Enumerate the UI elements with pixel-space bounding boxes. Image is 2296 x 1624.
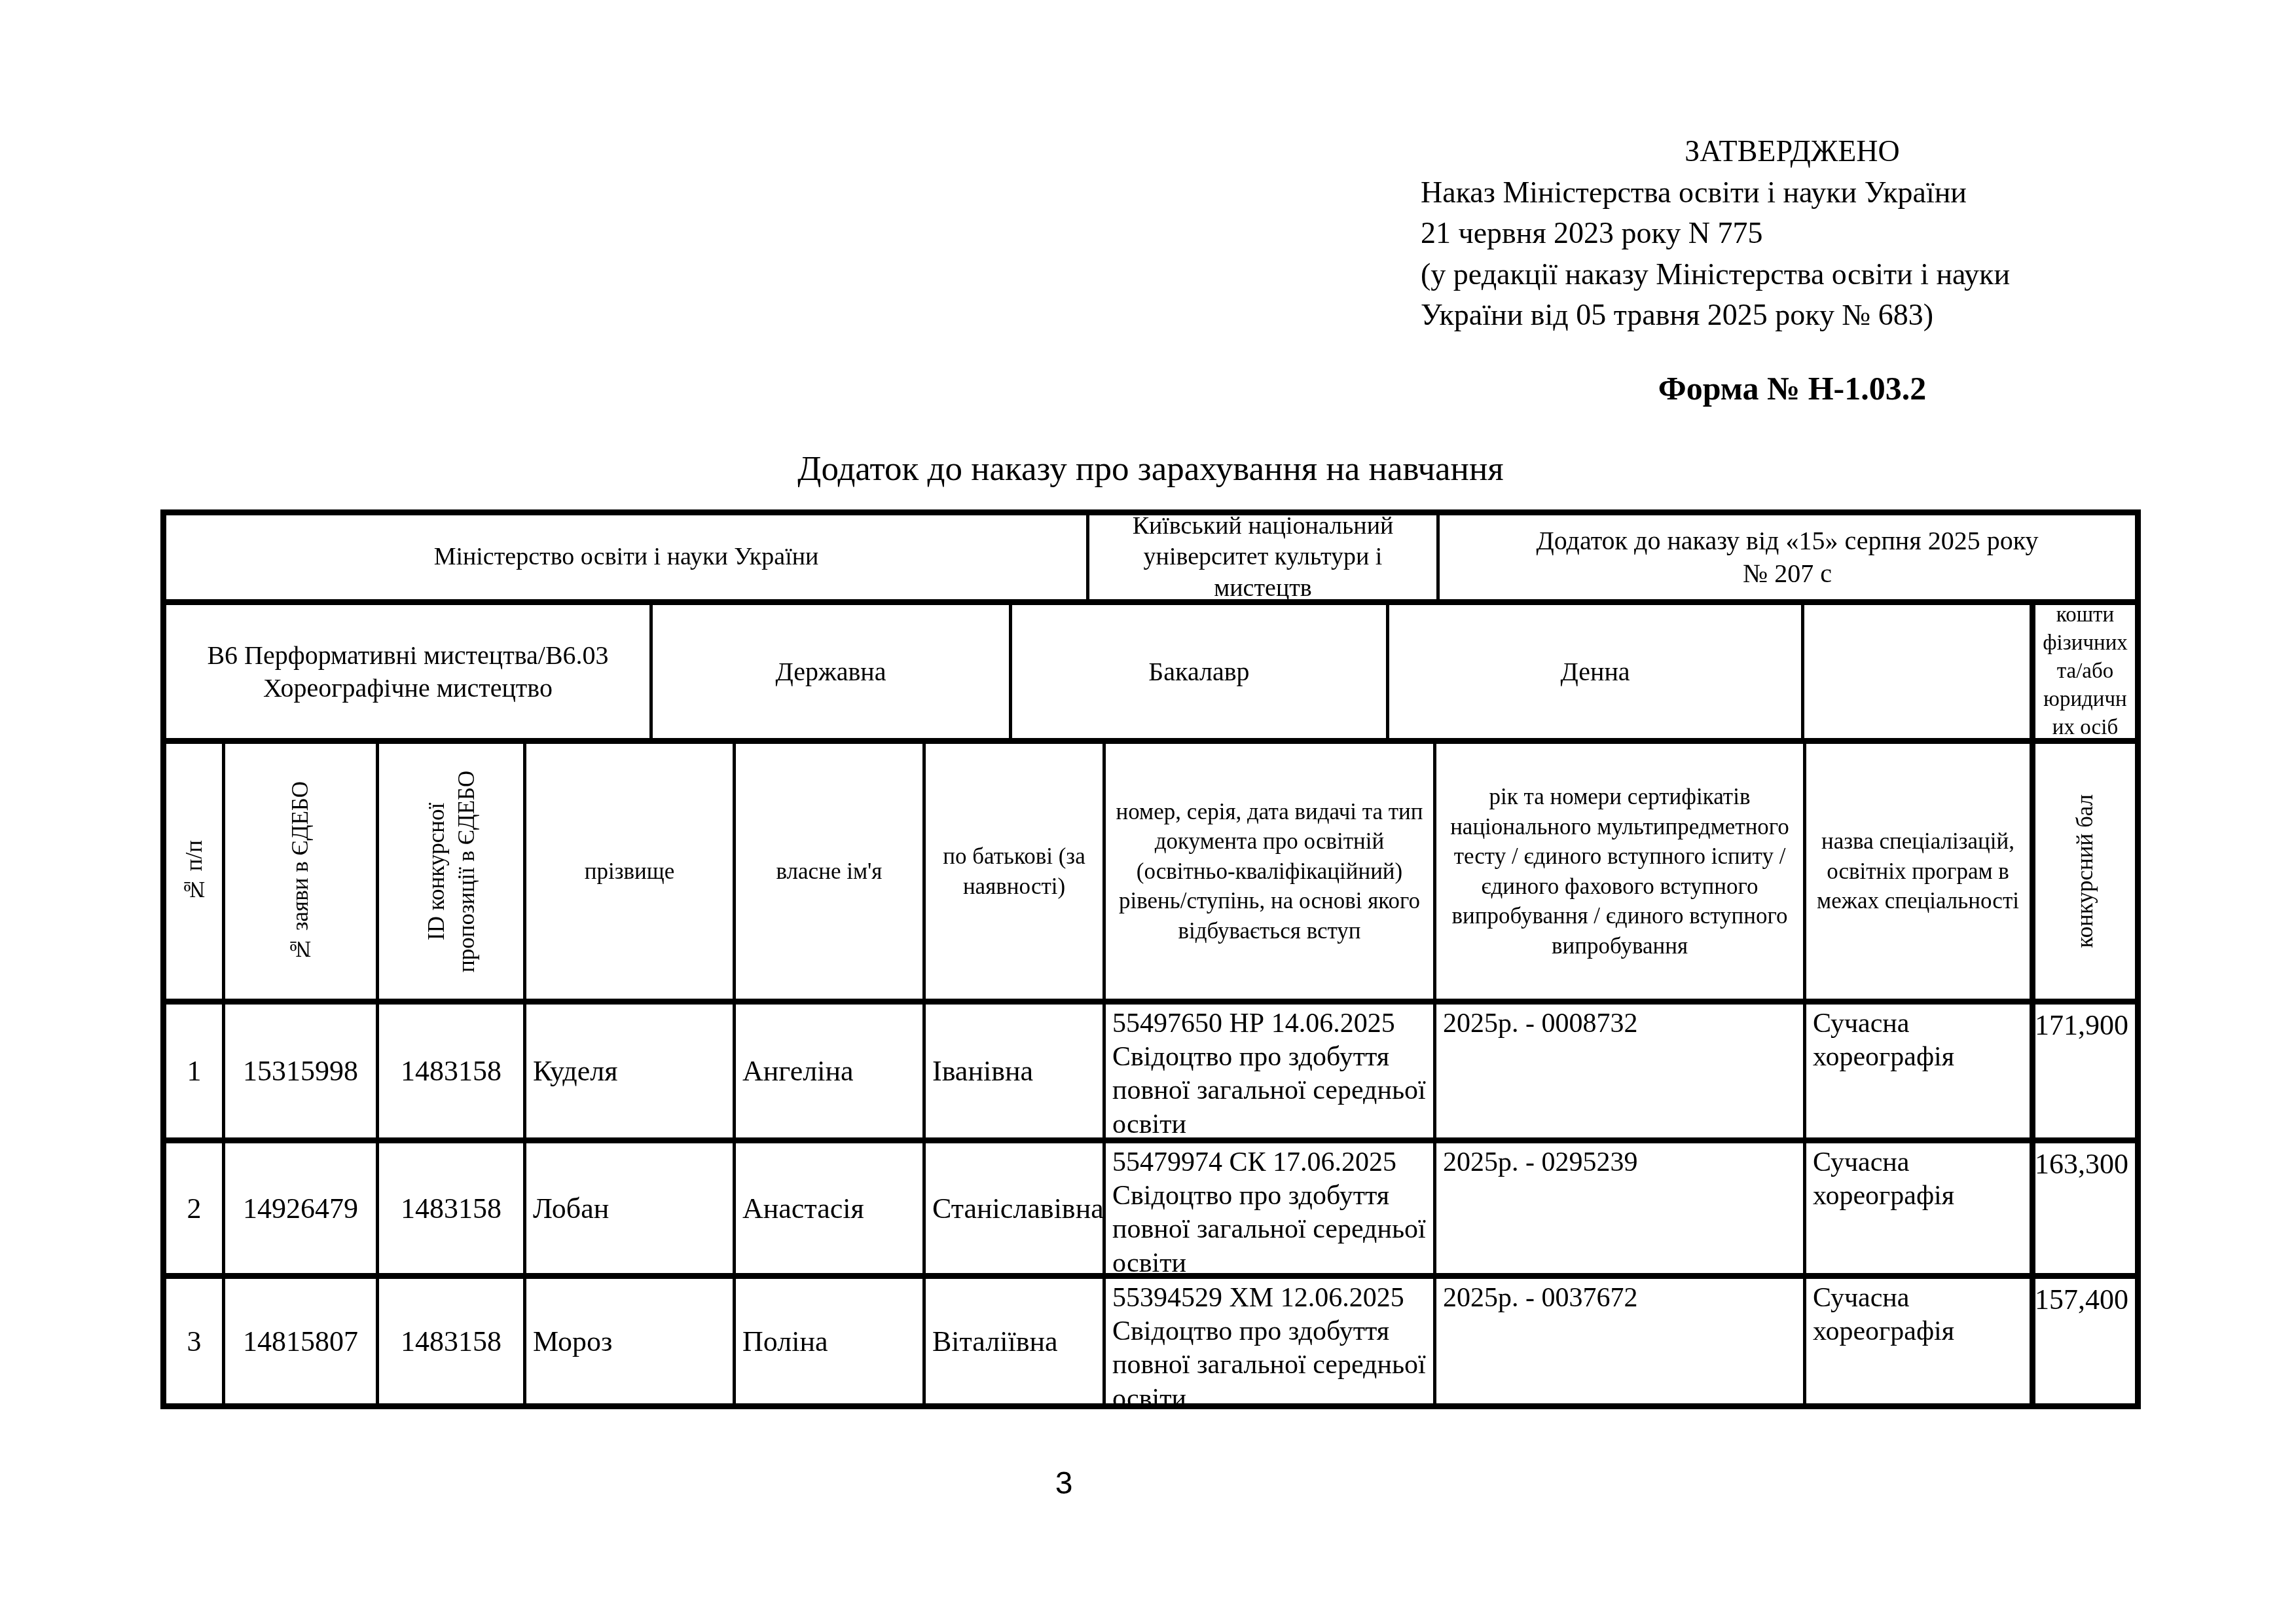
table-row: 1 15315998 1483158 Куделя Ангеліна Івані… [166,1005,2135,1143]
form-number: Форма № Н-1.03.2 [1421,366,2164,411]
cell-application-id: 15315998 [225,1005,379,1137]
cell-surname: Куделя [526,1005,736,1137]
appendix-line-2: № 207 с [1743,557,1832,590]
specialty-cell: В6 Перформативні мистецтва/В6.03 Хореогр… [166,605,653,738]
cell-first-name: Ангеліна [736,1005,926,1137]
language-cell: Державна [653,605,1012,738]
cell-offer-id: 1483158 [379,1143,526,1273]
cell-num: 3 [166,1279,225,1403]
cell-score: 171,900 [2035,1005,2135,1137]
cell-num: 1 [166,1005,225,1137]
cell-document: 55479974 СК 17.06.2025 Свідоцтво про здо… [1106,1143,1436,1273]
document-page: ЗАТВЕРДЖЕНО Наказ Міністерства освіти і … [0,0,2296,1624]
cell-patronymic: Станіславівна [926,1143,1106,1273]
program-row: В6 Перформативні мистецтва/В6.03 Хореогр… [166,605,2135,744]
cell-document: 55394529 ХМ 12.06.2025 Свідоцтво про здо… [1106,1279,1436,1403]
col-header-offer-id: ID конкурсної пропозиції в ЄДЕБО [379,744,526,999]
approval-order-line-4: України від 05 травня 2025 року № 683) [1421,295,2164,336]
ministry-cell: Міністерство освіти і науки України [166,515,1089,599]
cell-patronymic: Іванівна [926,1005,1106,1137]
cell-certificates: 2025р. - 0037672 [1436,1279,1806,1403]
cell-surname: Лобан [526,1143,736,1273]
cell-certificates: 2025р. - 0295239 [1436,1143,1806,1273]
cell-score: 157,400 [2035,1279,2135,1403]
cell-application-id: 14926479 [225,1143,379,1273]
col-header-document: номер, серія, дата видачі та тип докумен… [1106,744,1436,999]
cell-score: 163,300 [2035,1143,2135,1273]
cell-specialization: Сучасна хореографія [1806,1143,2035,1273]
col-header-score: конкурсний бал [2035,744,2135,999]
col-header-surname: прізвище [526,744,736,999]
column-header-row: № п/п № заяви в ЄДЕБО ID конкурсної проп… [166,744,2135,1005]
table-row: 2 14926479 1483158 Лобан Анастасія Стані… [166,1143,2135,1279]
cell-num: 2 [166,1143,225,1273]
approval-order-line-2: 21 червня 2023 року N 775 [1421,213,2164,254]
col-header-num: № п/п [166,744,225,999]
cell-offer-id: 1483158 [379,1279,526,1403]
col-header-certificates: рік та номери сертифікатів національного… [1436,744,1806,999]
cell-patronymic: Віталіївна [926,1279,1106,1403]
org-row: Міністерство освіти і науки України Київ… [166,515,2135,605]
cell-specialization: Сучасна хореографія [1806,1005,2035,1137]
col-header-specialization: назва спеціалізацій, освітніх програм в … [1806,744,2035,999]
cell-offer-id: 1483158 [379,1005,526,1137]
cell-certificates: 2025р. - 0008732 [1436,1005,1806,1137]
degree-cell: Бакалавр [1012,605,1389,738]
document-title: Додаток до наказу про зарахування на нав… [160,449,2141,489]
cell-application-id: 14815807 [225,1279,379,1403]
cell-first-name: Анастасія [736,1143,926,1273]
funding-cell: кошти фізичних та/або юридичних осіб [2035,605,2135,738]
approval-order-line-1: Наказ Міністерства освіти і науки Україн… [1421,172,2164,213]
col-header-first-name: власне ім'я [736,744,926,999]
appendix-line-1: Додаток до наказу від «15» серпня 2025 р… [1536,525,2038,557]
approval-stamp: ЗАТВЕРДЖЕНО [1421,131,2164,172]
university-cell: Київський національний університет культ… [1089,515,1440,599]
approval-order-line-3: (у редакції наказу Міністерства освіти і… [1421,254,2164,295]
cell-surname: Мороз [526,1279,736,1403]
table-row: 3 14815807 1483158 Мороз Поліна Віталіїв… [166,1279,2135,1403]
col-header-application-id: № заяви в ЄДЕБО [225,744,379,999]
page-number: 3 [1008,1466,1120,1502]
col-header-patronymic: по батькові (за наявності) [926,744,1106,999]
cell-specialization: Сучасна хореографія [1806,1279,2035,1403]
study-form-cell: Денна [1389,605,1804,738]
cell-first-name: Поліна [736,1279,926,1403]
enrollment-table: Міністерство освіти і науки України Київ… [160,509,2141,1409]
approval-block: ЗАТВЕРДЖЕНО Наказ Міністерства освіти і … [1421,131,2164,411]
cell-document: 55497650 НР 14.06.2025 Свідоцтво про здо… [1106,1005,1436,1137]
appendix-cell: Додаток до наказу від «15» серпня 2025 р… [1440,515,2135,599]
reserved-cell [1804,605,2035,738]
